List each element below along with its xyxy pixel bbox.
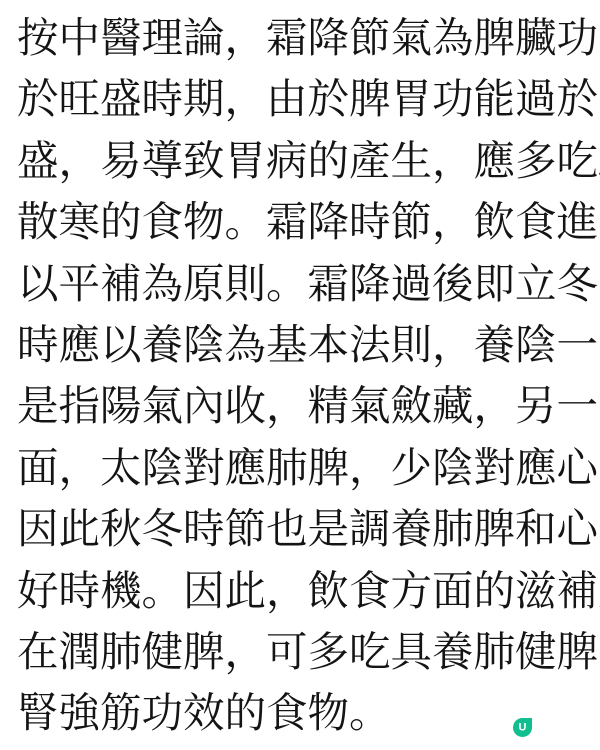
logo-letter: U	[519, 723, 527, 734]
text-line: 按中醫理論，霜降節氣為脾臟功能	[17, 7, 600, 68]
u-lifestyle-logo-icon: U	[513, 718, 532, 737]
text-line: 於旺盛時期，由於脾胃功能過於旺	[17, 68, 600, 129]
article-text-block: 按中醫理論，霜降節氣為脾臟功能 於旺盛時期，由於脾胃功能過於旺 盛，易導致胃病的…	[0, 0, 600, 744]
text-line: 時應以養陰為基本法則，養陰一方	[17, 314, 600, 375]
text-line: 面，太陰對應肺脾，少陰對應心腎	[17, 437, 600, 498]
text-line: 散寒的食物。霜降時節，飲食進補	[17, 191, 600, 252]
text-line: 因此秋冬時節也是調養肺脾和心腎	[17, 498, 600, 559]
text-line: 盛，易導致胃病的產生，應多吃驅	[17, 130, 600, 191]
text-line: 是指陽氣內收，精氣斂藏，另一方	[17, 375, 600, 436]
text-line: 在潤肺健脾，可多吃具養肺健脾補	[17, 621, 600, 682]
text-line: 腎強筋功效的食物。	[17, 682, 600, 743]
article-page: 按中醫理論，霜降節氣為脾臟功能 於旺盛時期，由於脾胃功能過於旺 盛，易導致胃病的…	[0, 0, 600, 750]
text-line: 好時機。因此，飲食方面的滋補重	[17, 560, 600, 621]
text-line: 以平補為原則。霜降過後即立冬	[17, 253, 600, 314]
